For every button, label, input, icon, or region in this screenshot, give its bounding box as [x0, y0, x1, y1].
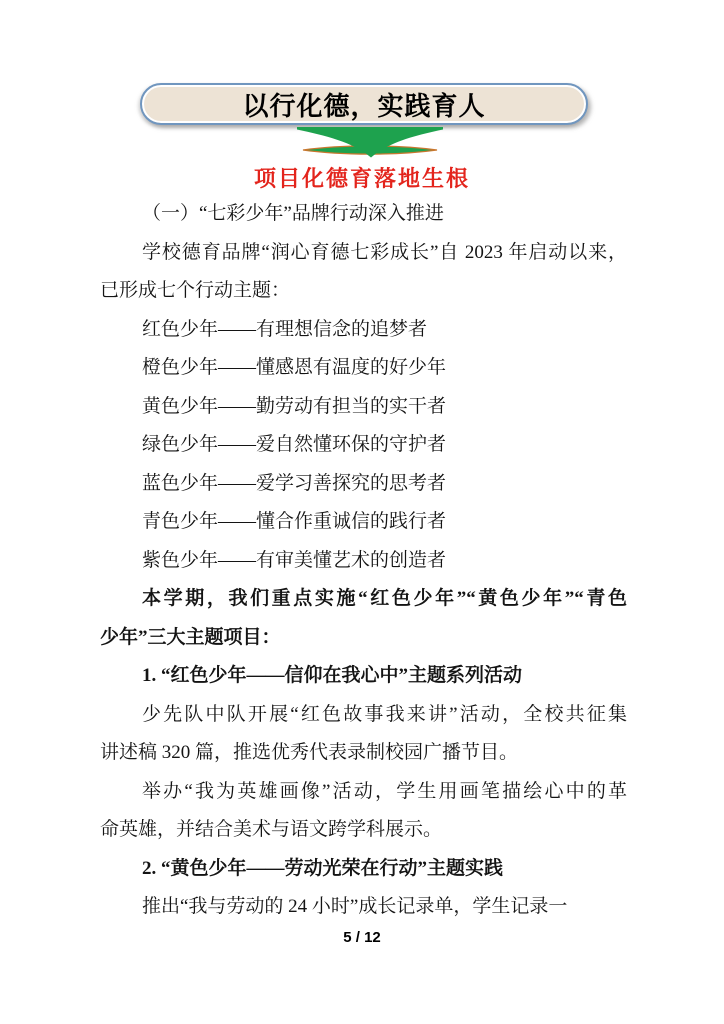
theme-list-line: 红色少年——有理想信念的追梦者 [100, 311, 627, 350]
theme-list-line: 青色少年——懂合作重诚信的践行者 [100, 503, 627, 542]
paragraph-line: 命英雄，并结合美术与语文跨学科展示。 [100, 811, 627, 850]
page-number: 5 / 12 [0, 929, 724, 946]
paragraph-line: 已形成七个行动主题： [100, 272, 627, 311]
paragraph-line: 讲述稿 320 篇，推选优秀代表录制校园广播节目。 [100, 734, 627, 773]
emphasis-line: 少年”三大主题项目： [100, 619, 627, 658]
document-page: 以行化德，实践育人 项目化德育落地生根 （一）“七彩少年”品牌行动深入推进 学校… [0, 0, 724, 1024]
section-heading: 项目化德育落地生根 [0, 162, 724, 193]
curved-down-arrow-icon [297, 127, 443, 159]
theme-list-line: 橙色少年——懂感恩有温度的好少年 [100, 349, 627, 388]
theme-list-line: 紫色少年——有审美懂艺术的创造者 [100, 542, 627, 581]
numbered-heading-line: 2. “黄色少年——劳动光荣在行动”主题实践 [100, 850, 627, 889]
document-body: （一）“七彩少年”品牌行动深入推进 学校德育品牌“润心育德七彩成长”自 2023… [100, 195, 627, 927]
emphasis-line: 本学期，我们重点实施“红色少年”“黄色少年”“青色 [100, 580, 627, 619]
paragraph-line: 推出“我与劳动的 24 小时”成长记录单，学生记录一 [100, 888, 627, 927]
numbered-heading-line: 1. “红色少年——信仰在我心中”主题系列活动 [100, 657, 627, 696]
sub-heading-line: （一）“七彩少年”品牌行动深入推进 [100, 195, 627, 234]
theme-list-line: 黄色少年——勤劳动有担当的实干者 [100, 388, 627, 427]
theme-list-line: 绿色少年——爱自然懂环保的守护者 [100, 426, 627, 465]
theme-list-line: 蓝色少年——爱学习善探究的思考者 [100, 465, 627, 504]
paragraph-line: 少先队中队开展“红色故事我来讲”活动，全校共征集 [100, 696, 627, 735]
paragraph-line: 学校德育品牌“润心育德七彩成长”自 2023 年启动以来， [100, 234, 627, 273]
paragraph-line: 举办“我为英雄画像”活动，学生用画笔描绘心中的革 [100, 773, 627, 812]
page-title: 以行化德，实践育人 [242, 86, 485, 123]
title-banner: 以行化德，实践育人 [140, 83, 588, 125]
